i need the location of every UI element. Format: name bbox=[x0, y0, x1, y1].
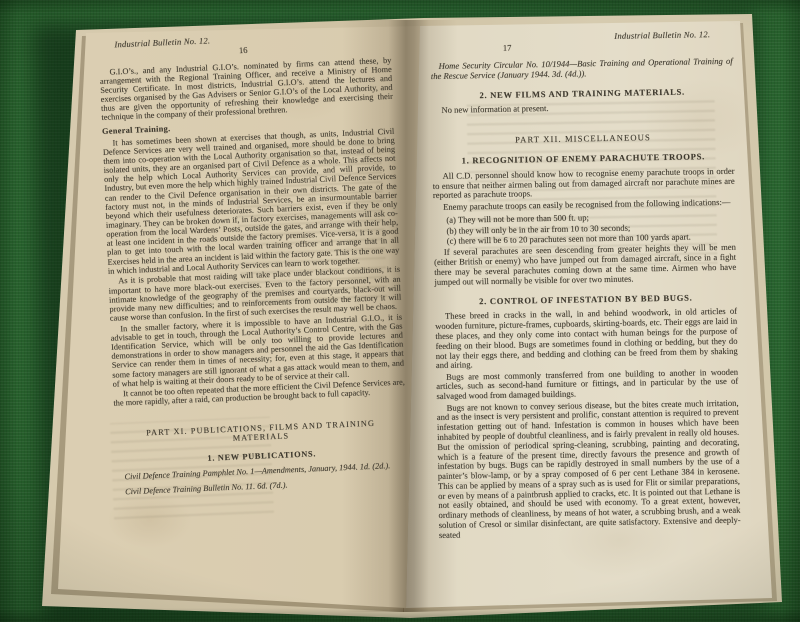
right-page-head: Industrial Bulletin No. 12. 17 bbox=[430, 25, 732, 56]
paragraph: These breed in cracks in the wall, in an… bbox=[435, 307, 738, 371]
paragraph: It has sometimes been shown at exercises… bbox=[102, 126, 399, 275]
part-heading: PART XI. PUBLICATIONS, FILMS AND TRAININ… bbox=[144, 418, 378, 446]
right-page-body: Home Security Circular No. 10/1944—Basic… bbox=[431, 57, 741, 541]
paragraph: Bugs are most commonly transferred from … bbox=[436, 367, 738, 402]
photograph-of-open-booklet: Industrial Bulletin No. 12. 16 G.I.O’s.,… bbox=[0, 0, 800, 622]
section-heading: 2. CONTROL OF INFESTATION BY BED BUGS. bbox=[435, 292, 737, 307]
paragraph: Bugs are not known to convey serious dis… bbox=[437, 398, 741, 540]
left-page-body: G.I.O’s., and any Industrial G.I.O’s. no… bbox=[99, 55, 409, 497]
part-heading: PART XII. MISCELLANEOUS bbox=[462, 132, 704, 146]
right-page-text: Industrial Bulletin No. 12. 17 Home Secu… bbox=[430, 25, 741, 541]
section-heading: 1. RECOGNITION OF ENEMY PARACHUTE TROOPS… bbox=[432, 152, 734, 167]
left-page-text: Industrial Bulletin No. 12. 16 G.I.O’s.,… bbox=[98, 24, 409, 497]
running-head: Industrial Bulletin No. 12. bbox=[114, 36, 210, 49]
paragraph: If several parachutes are seen descendin… bbox=[434, 243, 737, 287]
section-heading: 2. NEW FILMS AND TRAINING MATERIALS. bbox=[431, 86, 733, 101]
page-number: 17 bbox=[503, 44, 512, 54]
paragraph: No new information at present. bbox=[431, 101, 733, 116]
paragraph: In the smaller factory, where it is impo… bbox=[110, 312, 404, 388]
running-head: Industrial Bulletin No. 12. bbox=[614, 30, 710, 41]
publication-citation: Home Security Circular No. 10/1944—Basic… bbox=[431, 57, 733, 82]
paragraph: All C.D. personnel should know how to re… bbox=[432, 166, 734, 201]
page-number: 16 bbox=[239, 46, 248, 56]
paragraph: G.I.O’s., and any Industrial G.I.O’s. no… bbox=[99, 55, 393, 122]
